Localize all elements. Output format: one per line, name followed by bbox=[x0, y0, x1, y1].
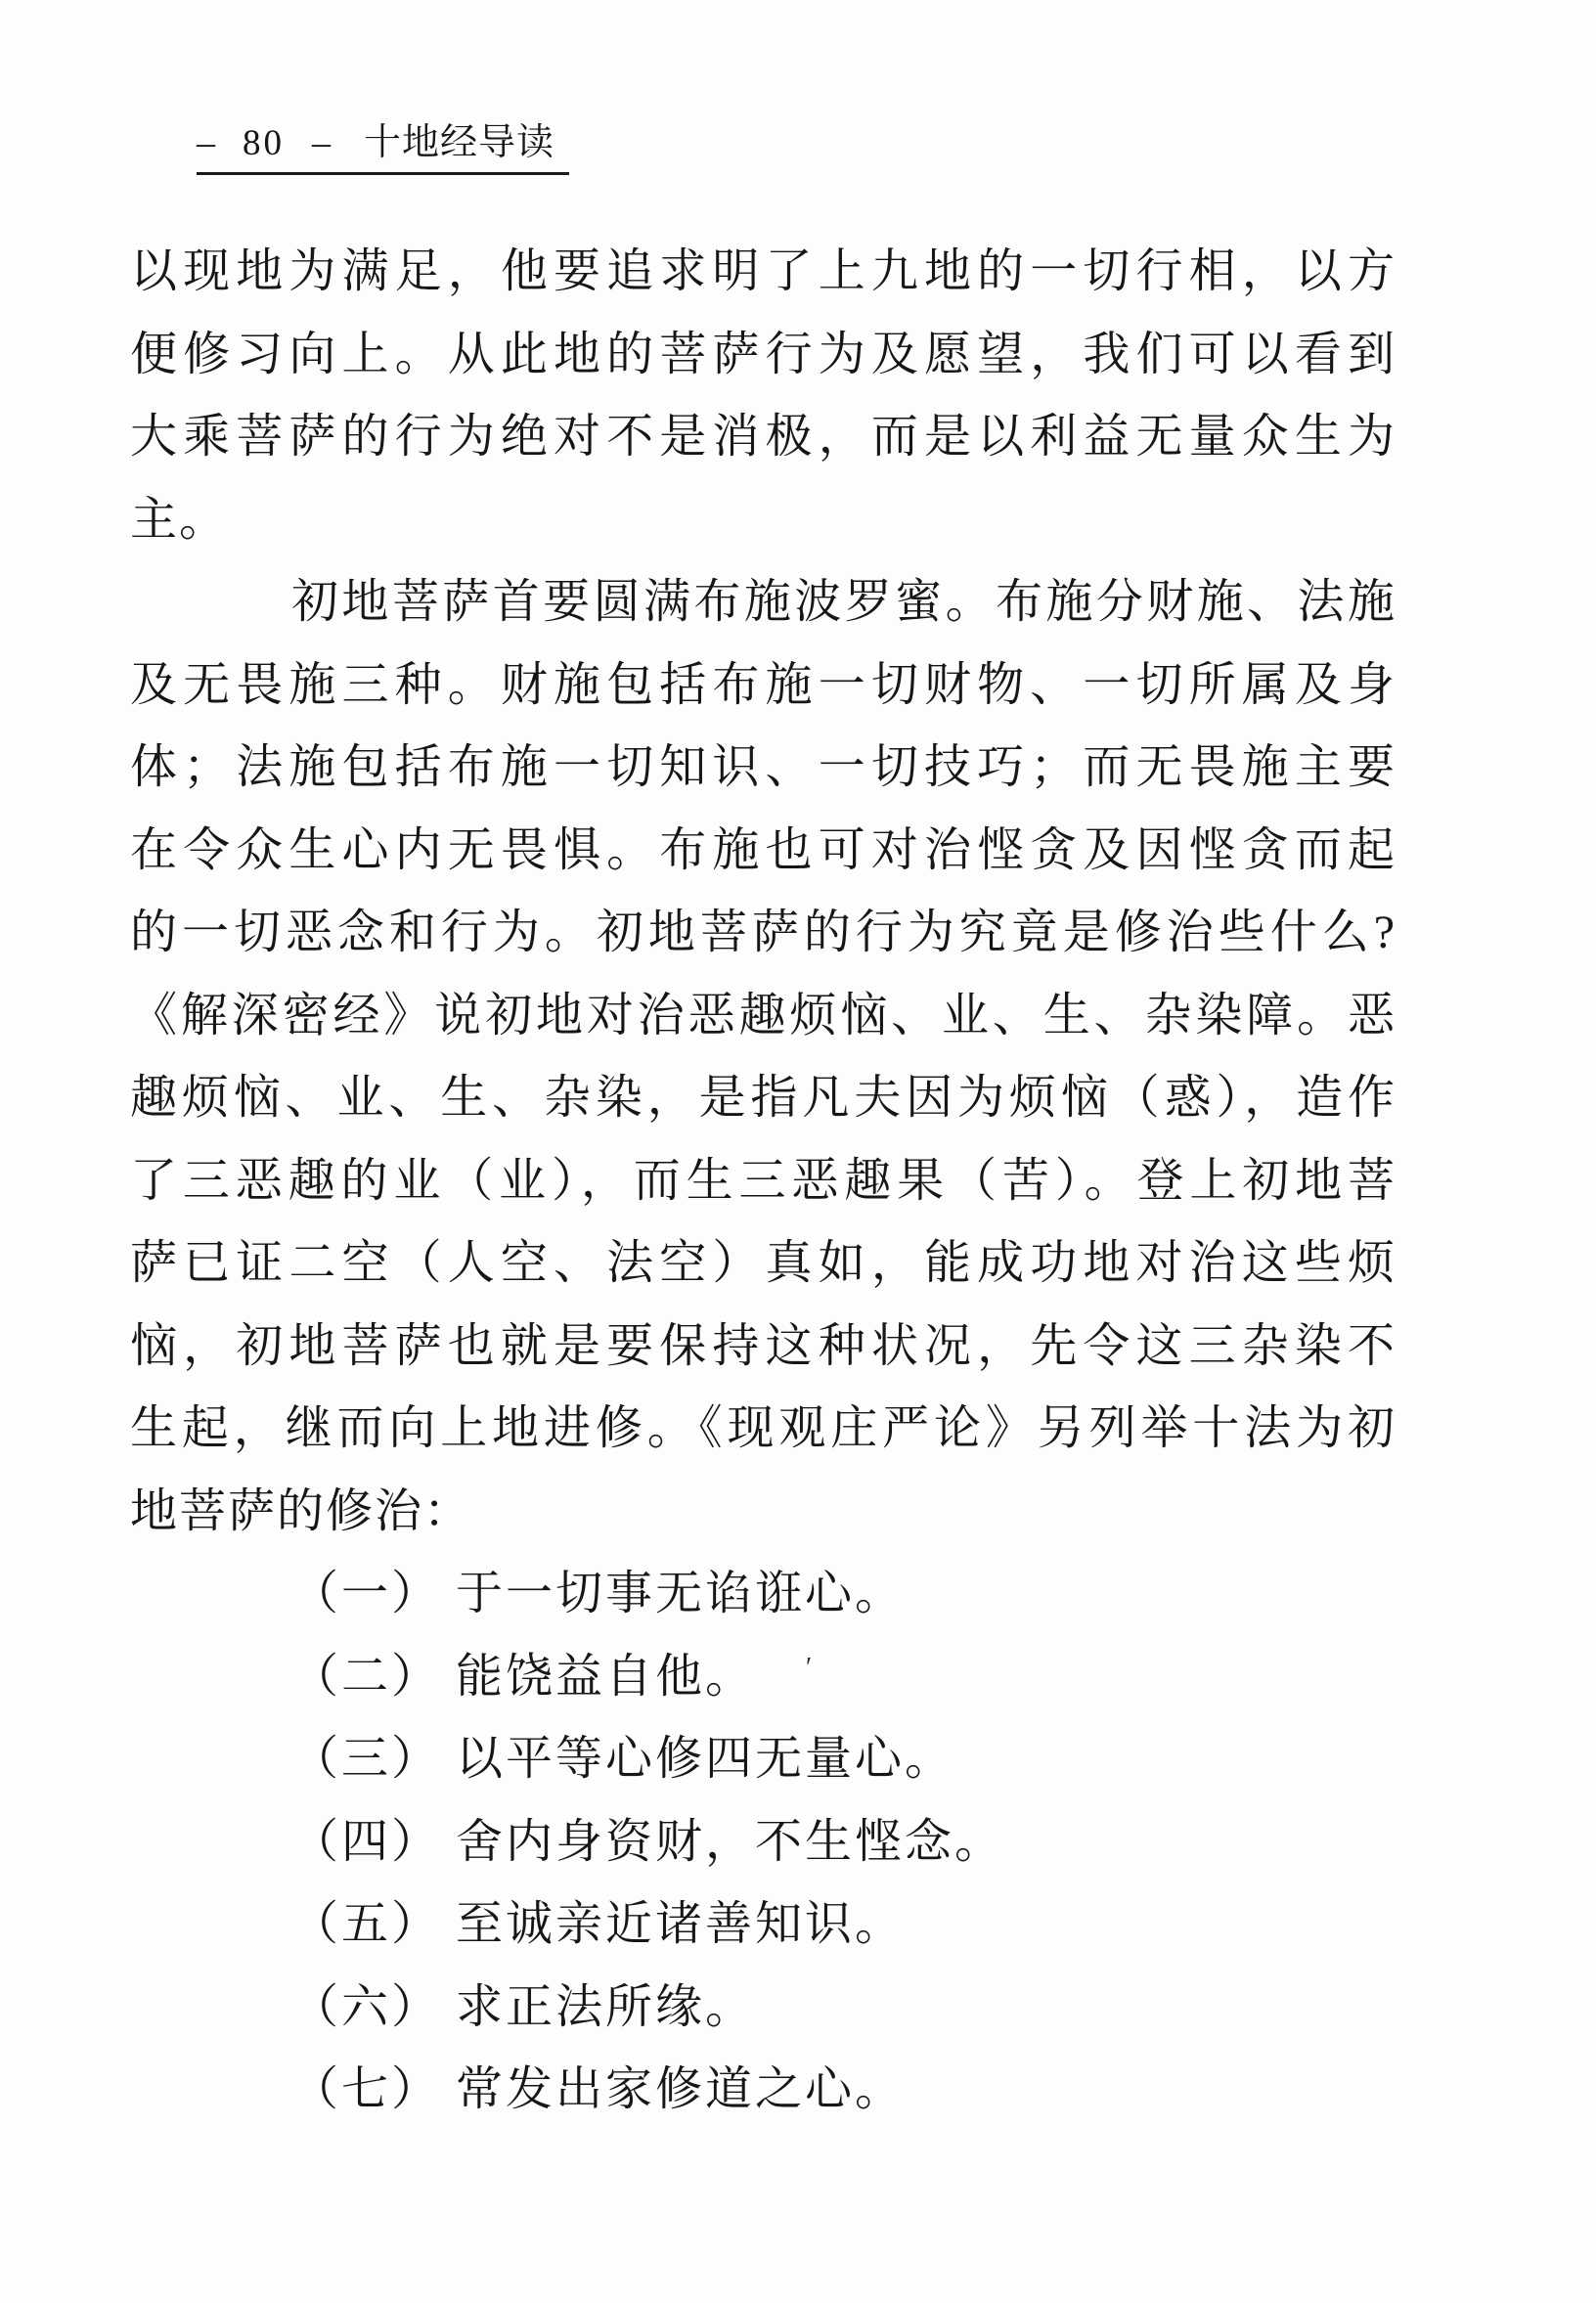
page-number: 80 bbox=[243, 122, 285, 165]
list-item-4: （四） 舍内身资财，不生悭念。 bbox=[130, 1801, 1396, 1884]
body-text: 以现地为满足，他要追求明了上九地的一切行相，以方 便修习向上。从此地的菩萨行为及… bbox=[130, 231, 1396, 2132]
text-line: 恼，初地菩萨也就是要保持这种状况，先令这三杂染不 bbox=[130, 1306, 1396, 1389]
text-line: 以现地为满足，他要追求明了上九地的一切行相，以方 bbox=[130, 231, 1396, 314]
text-line: 体；法施包括布施一切知识、一切技巧；而无畏施主要 bbox=[130, 727, 1396, 810]
book-title: 十地经导读 bbox=[364, 121, 554, 164]
paragraph-end-line: 地菩萨的修治： bbox=[130, 1471, 1396, 1554]
page-header: – 80 – 十地经导读 bbox=[197, 121, 569, 175]
list-item-6: （六） 求正法所缘。 bbox=[130, 1967, 1396, 2050]
text-line: 在令众生心内无畏惧。布施也可对治悭贪及因悭贪而起 bbox=[130, 810, 1396, 893]
text-line: 萨已证二空（人空、法空）真如，能成功地对治这些烦 bbox=[130, 1222, 1396, 1306]
text-line: 大乘菩萨的行为绝对不是消极，而是以利益无量众生为 bbox=[130, 396, 1396, 479]
list-item-7: （七） 常发出家修道之心。 bbox=[130, 2049, 1396, 2132]
header-dash-left: – bbox=[197, 121, 215, 164]
text-line: 及无畏施三种。财施包括布施一切财物、一切所属及身 bbox=[130, 644, 1396, 728]
list-item-2: （二） 能饶益自他。′ bbox=[130, 1636, 1396, 1719]
paragraph-start-line: 初地菩萨首要圆满布施波罗蜜。布施分财施、法施 bbox=[130, 561, 1396, 644]
list-item-2-text: （二） 能饶益自他。 bbox=[291, 1651, 755, 1703]
text-line: 的一切恶念和行为。初地菩萨的行为究竟是修治些什么? bbox=[130, 892, 1396, 975]
stray-mark: ′ bbox=[806, 1636, 815, 1710]
text-line: 了三恶趣的业（业），而生三恶趣果（苦）。登上初地菩 bbox=[130, 1140, 1396, 1223]
list-item-1: （一） 于一切事无谄诳心。 bbox=[130, 1553, 1396, 1636]
text-line: 便修习向上。从此地的菩萨行为及愿望，我们可以看到 bbox=[130, 314, 1396, 397]
paragraph-end-line: 主。 bbox=[130, 479, 1396, 562]
header-dash-right: – bbox=[312, 121, 331, 164]
text-line: 《解深密经》说初地对治恶趣烦恼、业、生、杂染障。恶 bbox=[130, 975, 1396, 1058]
book-page: – 80 – 十地经导读 以现地为满足，他要追求明了上九地的一切行相，以方 便修… bbox=[0, 0, 1596, 2303]
list-item-5: （五） 至诚亲近诸善知识。 bbox=[130, 1883, 1396, 1967]
list-item-3: （三） 以平等心修四无量心。 bbox=[130, 1718, 1396, 1801]
text-line: 趣烦恼、业、生、杂染，是指凡夫因为烦恼（惑），造作 bbox=[130, 1057, 1396, 1140]
text-line: 生起，继而向上地进修。《现观庄严论》另列举十法为初 bbox=[130, 1388, 1396, 1471]
